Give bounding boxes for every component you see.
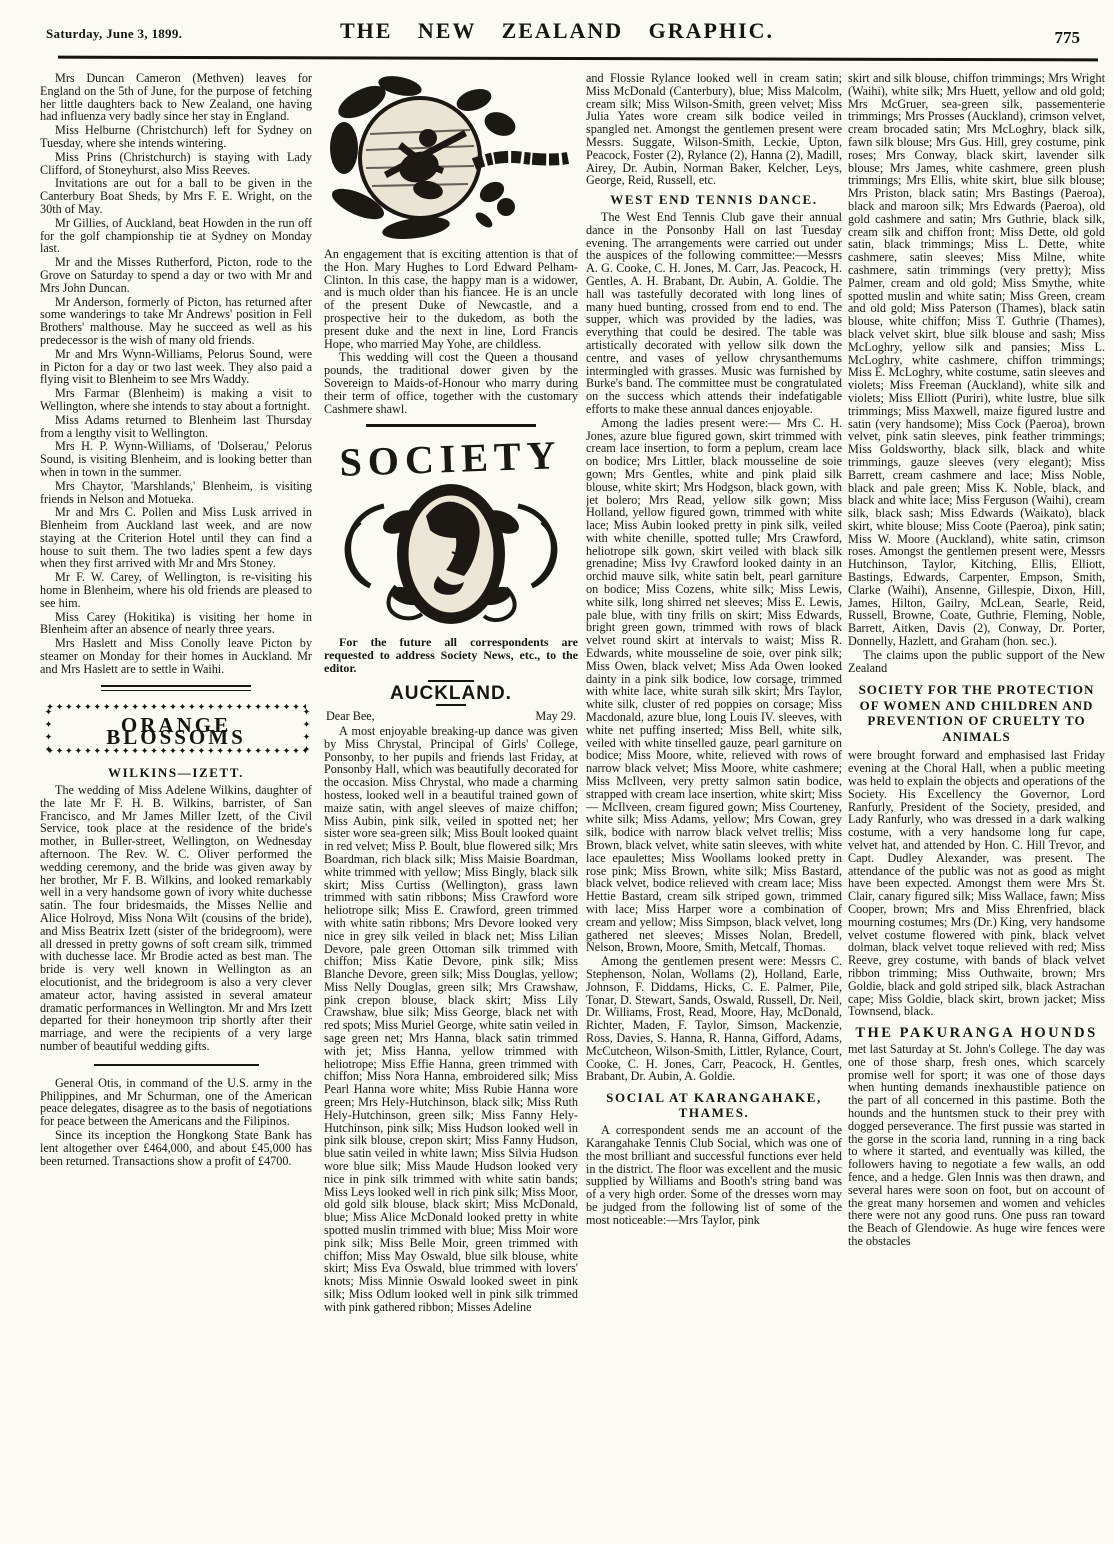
column-2: An engagement that is exciting attention… bbox=[324, 72, 578, 1538]
column-1: Mrs Duncan Cameron (Methven) leaves for … bbox=[40, 72, 312, 1538]
news-paragraph: Mrs Farmar (Blenheim) is making a visit … bbox=[40, 387, 312, 413]
news-paragraph: Miss Carey (Hokitika) is visiting her ho… bbox=[40, 611, 312, 637]
continuation-paragraph: skirt and silk blouse, chiffon trimmings… bbox=[848, 72, 1105, 648]
news-paragraph: Mr F. W. Carey, of Wellington, is re-vis… bbox=[40, 571, 312, 609]
news-paragraph: Mr and Mrs Wynn-Williams, Pelorus Sound,… bbox=[40, 348, 312, 386]
section-rule bbox=[428, 680, 474, 682]
newspaper-page: Saturday, June 3, 1899. THE NEW ZEALAND … bbox=[0, 0, 1114, 1544]
masthead: Saturday, June 3, 1899. THE NEW ZEALAND … bbox=[0, 0, 1114, 64]
news-paragraph: Mrs H. P. Wynn-Williams, of 'Dolserau,' … bbox=[40, 440, 312, 478]
queen-paragraph: This wedding will cost the Queen a thous… bbox=[324, 351, 578, 415]
section-rule bbox=[366, 424, 536, 427]
news-paragraph: Mrs Chaytor, 'Marshlands,' Blenheim, is … bbox=[40, 480, 312, 506]
heading-line: SOCIAL AT KARANGAHAKE, bbox=[606, 1090, 822, 1105]
news-paragraph: Invitations are out for a ball to be giv… bbox=[40, 177, 312, 215]
diamond-border-right bbox=[300, 707, 310, 756]
news-paragraph: Mr Gillies, of Auckland, beat Howden in … bbox=[40, 217, 312, 255]
continuation-paragraph: and Flossie Rylance looked well in cream… bbox=[586, 72, 842, 187]
script-banner bbox=[474, 157, 568, 164]
wedding-heading: WILKINS—IZETT. bbox=[40, 767, 312, 780]
news-paragraph: Miss Prins (Christchurch) is staying wit… bbox=[40, 151, 312, 177]
wedding-paragraph: The wedding of Miss Adelene Wilkins, dau… bbox=[40, 784, 312, 1053]
engagement-paragraph: An engagement that is exciting attention… bbox=[324, 248, 578, 350]
section-rule bbox=[101, 685, 251, 691]
salutation-line: Dear Bee, May 29. bbox=[326, 710, 576, 723]
society-caption: For the future all correspondents are re… bbox=[324, 636, 578, 675]
column-3: and Flossie Rylance looked well in cream… bbox=[586, 72, 842, 1538]
heading-line: THAMES. bbox=[679, 1105, 750, 1120]
masthead-rule bbox=[58, 56, 1098, 62]
news-paragraph: Miss Helburne (Christchurch) left for Sy… bbox=[40, 124, 312, 150]
news-paragraph: Mr and Mrs C. Pollen and Miss Lusk arriv… bbox=[40, 506, 312, 570]
tennis-dance-heading: WEST END TENNIS DANCE. bbox=[586, 194, 842, 207]
society-protection-heading: SOCIETY FOR THE PROTECTION OF WOMEN AND … bbox=[852, 682, 1101, 744]
auckland-heading: AUCKLAND. bbox=[324, 688, 578, 701]
diamond-border-bottom bbox=[46, 748, 306, 758]
section-rule bbox=[436, 704, 466, 706]
news-paragraph: Miss Adams returned to Blenheim last Thu… bbox=[40, 414, 312, 440]
meeting-paragraph: were brought forward and emphasised last… bbox=[848, 749, 1105, 1018]
diamond-border-top bbox=[46, 704, 306, 714]
news-paragraph: Mrs Duncan Cameron (Methven) leaves for … bbox=[40, 72, 312, 123]
orange-blossoms-box: ORANGE BLOSSOMS bbox=[42, 704, 310, 759]
society-banner-text: SOCIETY bbox=[339, 436, 562, 485]
news-paragraph: Mrs Haslett and Miss Conolly leave Picto… bbox=[40, 637, 312, 675]
claims-paragraph: The claims upon the public support of th… bbox=[848, 649, 1105, 675]
column-4: skirt and silk blouse, chiffon trimmings… bbox=[848, 72, 1105, 1538]
section-rule bbox=[94, 1064, 259, 1066]
page-number: 775 bbox=[1055, 28, 1081, 48]
ladies-present-paragraph: Among the ladies present were:— Mrs C. H… bbox=[586, 417, 842, 954]
news-paragraph: Since its inception the Hongkong State B… bbox=[40, 1129, 312, 1167]
salutation: Dear Bee, bbox=[326, 710, 375, 723]
news-paragraph: Mr Anderson, formerly of Picton, has ret… bbox=[40, 296, 312, 347]
letter-date: May 29. bbox=[535, 710, 576, 723]
paper-title: THE NEW ZEALAND GRAPHIC. bbox=[0, 18, 1114, 44]
pakuranga-hounds-heading: THE PAKURANGA HOUNDS bbox=[848, 1027, 1105, 1040]
hounds-paragraph: met last Saturday at St. John's College.… bbox=[848, 1043, 1105, 1248]
news-paragraph: General Otis, in command of the U.S. arm… bbox=[40, 1077, 312, 1128]
dance-paragraph: A most enjoyable breaking-up dance was g… bbox=[324, 725, 578, 1314]
karangahake-heading: SOCIAL AT KARANGAHAKE, THAMES. bbox=[586, 1090, 842, 1120]
diamond-border-left bbox=[42, 707, 52, 756]
society-illustration: SOCIETY bbox=[326, 436, 576, 632]
engagements-illustration bbox=[324, 72, 578, 244]
orange-blossoms-title: ORANGE BLOSSOMS bbox=[58, 719, 294, 745]
gentlemen-present-paragraph: Among the gentlemen present were: Messrs… bbox=[586, 955, 842, 1083]
karangahake-paragraph: A correspondent sends me an account of t… bbox=[586, 1124, 842, 1226]
tennis-paragraph: The West End Tennis Club gave their annu… bbox=[586, 211, 842, 416]
news-paragraph: Mr and the Misses Rutherford, Picton, ro… bbox=[40, 256, 312, 294]
